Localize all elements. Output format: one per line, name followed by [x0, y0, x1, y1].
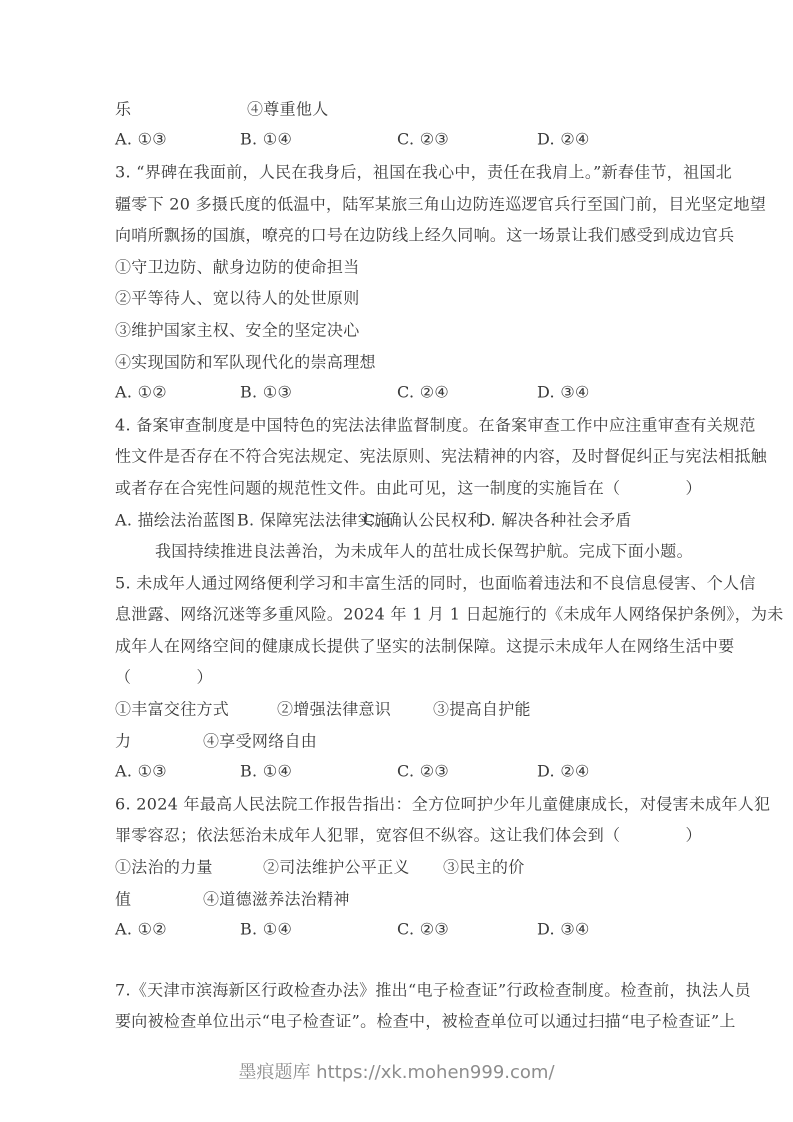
- option-d: D. ③④: [537, 383, 590, 402]
- item-2: ②增强法律意识: [277, 697, 391, 720]
- option-a: A. 描绘法治蓝图: [115, 507, 235, 530]
- option-d: D. ②④: [537, 130, 590, 149]
- text: 向哨所飘扬的国旗，嘹亮的口号在边防线上经久同响。这一场景让我们感受到成边官兵: [115, 223, 734, 246]
- q6-items-row-1: ①法治的力量②司法维护公平正义③民主的价: [115, 850, 687, 882]
- q5-items-row-2: 力④享受网络自由: [115, 724, 687, 756]
- q3-item-3: ③维护国家主权、安全的坚定决心: [115, 313, 687, 345]
- q6-items-row-2: 值④道德滋养法治精神: [115, 882, 687, 914]
- option-c: C. ②④: [397, 383, 449, 402]
- text: 疆零下 20 多摄氏度的低温中，陆军某旅三角山边防连巡逻官兵行至国门前，目光坚定…: [115, 191, 766, 214]
- q5-items-row-1: ①丰富交往方式②增强法律意识③提高自护能: [115, 692, 687, 724]
- q3-item-2: ②平等待人、宽以待人的处世原则: [115, 282, 687, 314]
- option-b: B. ①③: [240, 383, 292, 402]
- q5-stem-line-4: （ ）: [115, 661, 687, 693]
- option-c: C. ②③: [397, 130, 449, 149]
- text: 成年人在网络空间的健康成长提供了坚实的法制保障。这提示未成年人在网络生活中要: [115, 633, 734, 656]
- q5-options: A. ①③B. ①④C. ②③D. ②④: [115, 755, 687, 787]
- q4-options: A. 描绘法治蓝图B. 保障宪法法律实施C. 确认公民权利D. 解决各种社会矛盾: [115, 503, 687, 535]
- option-c: C. ②③: [397, 762, 449, 781]
- q6-options: A. ①②B. ①④C. ②③D. ③④: [115, 913, 687, 945]
- footer-watermark: 墨痕题库 https://xk.mohen999.com/: [0, 1058, 793, 1084]
- q6-stem-line-1: 6. 2024 年最高人民法院工作报告指出：全方位呵护少年儿童健康成长，对侵害未…: [115, 787, 687, 819]
- item-1: ①丰富交往方式: [115, 697, 229, 720]
- text: 值: [115, 886, 131, 909]
- text: 3. “界碑在我面前，人民在我身后，祖国在我心中，责任在我肩上。”新春佳节，祖国…: [115, 159, 732, 182]
- item-4: ④尊重他人: [247, 96, 329, 119]
- item-3: ③维护国家主权、安全的坚定决心: [115, 317, 360, 340]
- exam-page: 乐④尊重他人A. ①③B. ①④C. ②③D. ②④3. “界碑在我面前，人民在…: [0, 0, 793, 1122]
- item-4: ④实现国防和军队现代化的崇高理想: [115, 349, 376, 372]
- item-4: ④道德滋养法治精神: [203, 886, 350, 909]
- q3-stem-line-1: 3. “界碑在我面前，人民在我身后，祖国在我心中，责任在我肩上。”新春佳节，祖国…: [115, 155, 687, 187]
- q3-stem-line-3: 向哨所飘扬的国旗，嘹亮的口号在边防线上经久同响。这一场景让我们感受到成边官兵: [115, 218, 687, 250]
- q6-stem-line-2: 罪零容忍；依法惩治未成年人犯罪，宽容但不纵容。这让我们体会到（ ）: [115, 819, 687, 851]
- option-c: C. ②③: [397, 920, 449, 939]
- q3-options: A. ①②B. ①③C. ②④D. ③④: [115, 376, 687, 408]
- q4-stem-line-2: 性文件是否存在不符合宪法规定、宪法原则、宪法精神的内容，及时督促纠正与宪法相抵触: [115, 440, 687, 472]
- q3-stem-line-2: 疆零下 20 多摄氏度的低温中，陆军某旅三角山边防连巡逻官兵行至国门前，目光坚定…: [115, 187, 687, 219]
- q7-stem-line-2: 要向被检查单位出示“电子检查证”。检查中，被检查单位可以通过扫描“电子检查证”上: [115, 1005, 687, 1037]
- item-3: ③民主的价: [443, 855, 525, 878]
- q3-item-1: ①守卫边防、献身边防的使命担当: [115, 250, 687, 282]
- text: 6. 2024 年最高人民法院工作报告指出：全方位呵护少年儿童健康成长，对侵害未…: [115, 791, 770, 814]
- option-b: B. ①④: [240, 130, 292, 149]
- q7-stem-line-1: 7.《天津市滨海新区行政检查办法》推出“电子检查证”行政检查制度。检查前，执法人…: [115, 973, 687, 1005]
- item-1: ①法治的力量: [115, 855, 213, 878]
- option-a: A. ①②: [115, 920, 167, 939]
- document-body: 乐④尊重他人A. ①③B. ①④C. ②③D. ②④3. “界碑在我面前，人民在…: [115, 92, 687, 1036]
- item-2: ②平等待人、宽以待人的处世原则: [115, 286, 360, 309]
- text: 性文件是否存在不符合宪法规定、宪法原则、宪法精神的内容，及时督促纠正与宪法相抵触: [115, 444, 767, 467]
- q4-stem-line-3: 或者存在合宪性问题的规范性文件。由此可见，这一制度的实施旨在（ ）: [115, 471, 687, 503]
- q5-stem-line-2: 息泄露、网络沉迷等多重风险。2024 年 1 月 1 日起施行的《未成年人网络保…: [115, 598, 687, 630]
- q5-stem-line-1: 5. 未成年人通过网络便利学习和丰富生活的同时，也面临着违法和不良信息侵害、个人…: [115, 566, 687, 598]
- text: 息泄露、网络沉迷等多重风险。2024 年 1 月 1 日起施行的《未成年人网络保…: [115, 602, 784, 625]
- item-4: ④享受网络自由: [203, 728, 317, 751]
- option-a: A. ①②: [115, 383, 167, 402]
- option-a: A. ①③: [115, 762, 167, 781]
- q5-stem-line-3: 成年人在网络空间的健康成长提供了坚实的法制保障。这提示未成年人在网络生活中要: [115, 629, 687, 661]
- text: 7.《天津市滨海新区行政检查办法》推出“电子检查证”行政检查制度。检查前，执法人…: [115, 977, 751, 1000]
- text: 乐: [115, 96, 131, 119]
- item-2: ②司法维护公平正义: [263, 855, 410, 878]
- text: 4. 备案审查制度是中国特色的宪法法律监督制度。在备案审查工作中应注重审查有关规…: [115, 412, 756, 435]
- text: 5. 未成年人通过网络便利学习和丰富生活的同时，也面临着违法和不良信息侵害、个人…: [115, 570, 756, 593]
- text: 力: [115, 728, 131, 751]
- text: 要向被检查单位出示“电子检查证”。检查中，被检查单位可以通过扫描“电子检查证”上: [115, 1009, 736, 1032]
- q4-stem-line-1: 4. 备案审查制度是中国特色的宪法法律监督制度。在备案审查工作中应注重审查有关规…: [115, 408, 687, 440]
- text: （ ）: [115, 665, 213, 688]
- text: 或者存在合宪性问题的规范性文件。由此可见，这一制度的实施旨在（ ）: [115, 475, 702, 498]
- option-c: C. 确认公民权利: [363, 507, 484, 530]
- option-d: D. 解决各种社会矛盾: [478, 507, 632, 530]
- q2-options: A. ①③B. ①④C. ②③D. ②④: [115, 124, 687, 156]
- option-b: B. ①④: [240, 762, 292, 781]
- footer-site-text: 墨痕题库 https://xk.mohen999.com/: [238, 1062, 554, 1083]
- text: 罪零容忍；依法惩治未成年人犯罪，宽容但不纵容。这让我们体会到（ ）: [115, 823, 702, 846]
- text: 我国持续推进良法善治，为未成年人的茁壮成长保驾护航。完成下面小题。: [155, 539, 693, 562]
- option-d: D. ②④: [537, 762, 590, 781]
- item-3: ③提高自护能: [433, 697, 531, 720]
- q2-item4-wrap-line: 乐④尊重他人: [115, 92, 687, 124]
- q3-item-4: ④实现国防和军队现代化的崇高理想: [115, 345, 687, 377]
- option-d: D. ③④: [537, 920, 590, 939]
- section-intro: 我国持续推进良法善治，为未成年人的茁壮成长保驾护航。完成下面小题。: [115, 534, 687, 566]
- item-1: ①守卫边防、献身边防的使命担当: [115, 254, 360, 277]
- option-b: B. ①④: [240, 920, 292, 939]
- option-a: A. ①③: [115, 130, 167, 149]
